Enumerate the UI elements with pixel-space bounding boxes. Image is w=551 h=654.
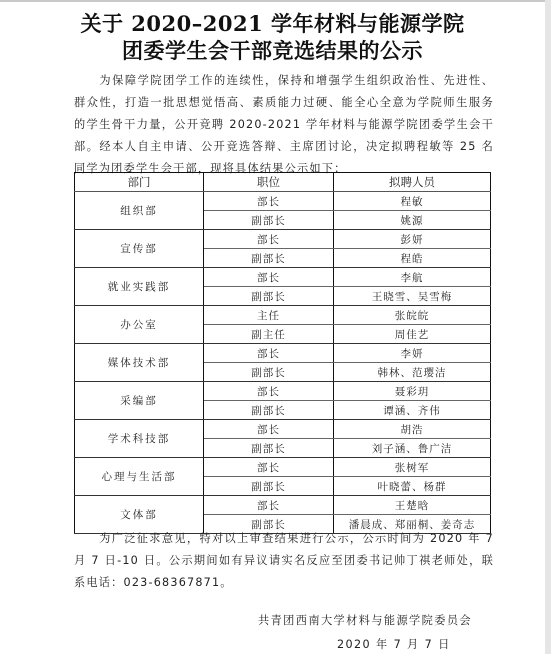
appointee-cell: 聂彩玥	[334, 382, 491, 401]
appointee-cell: 韩林、范璎洁	[334, 363, 491, 382]
table-row: 宣传部部长彭妍	[75, 230, 491, 249]
position-cell: 副部长	[204, 363, 334, 382]
department-cell: 媒体技术部	[75, 344, 204, 382]
table-row: 媒体技术部部长李妍	[75, 344, 491, 363]
position-cell: 部长	[204, 344, 334, 363]
header-position: 职位	[204, 173, 334, 192]
position-cell: 部长	[204, 496, 334, 515]
appointee-cell: 王楚晗	[334, 496, 491, 515]
closing-text: 为广泛征求意见，特对以上审查结果进行公示，公示时间为 2020 年 7 月 7 …	[74, 532, 494, 589]
department-cell: 采编部	[75, 382, 204, 420]
appointee-cell: 周佳艺	[334, 325, 491, 344]
intro-text: 为保障学院团学工作的连续性，保持和增强学生组织政治性、先进性、群众性，打造一批思…	[74, 74, 494, 175]
appointee-cell: 李妍	[334, 344, 491, 363]
closing-paragraph: 为广泛征求意见，特对以上审查结果进行公示，公示时间为 2020 年 7 月 7 …	[74, 528, 494, 594]
appointee-cell: 张皖皖	[334, 306, 491, 325]
appointee-cell: 李航	[334, 268, 491, 287]
table-row: 组织部部长程敏	[75, 192, 491, 211]
table-row: 采编部部长聂彩玥	[75, 382, 491, 401]
department-cell: 办公室	[75, 306, 204, 344]
appointee-cell: 谭涵、齐伟	[334, 401, 491, 420]
position-cell: 部长	[204, 382, 334, 401]
table-row: 心理与生活部部长张树军	[75, 458, 491, 477]
department-cell: 就业实践部	[75, 268, 204, 306]
appointee-cell: 叶晓蕾、杨群	[334, 477, 491, 496]
header-appointees: 拟聘人员	[334, 173, 491, 192]
position-cell: 部长	[204, 268, 334, 287]
department-cell: 宣传部	[75, 230, 204, 268]
position-cell: 副部长	[204, 211, 334, 230]
table-header-row: 部门 职位 拟聘人员	[75, 173, 491, 192]
table-row: 办公室主任张皖皖	[75, 306, 491, 325]
position-cell: 副部长	[204, 439, 334, 458]
position-cell: 副主任	[204, 325, 334, 344]
appointee-cell: 程皓	[334, 249, 491, 268]
position-cell: 部长	[204, 458, 334, 477]
appointee-cell: 胡浩	[334, 420, 491, 439]
title-line-2: 团委学生会干部竞选结果的公示	[0, 35, 545, 65]
position-cell: 部长	[204, 420, 334, 439]
signature-organization: 共青团西南大学材料与能源学院委员会	[258, 612, 472, 628]
signature-date: 2020 年 7 月 7 日	[337, 636, 451, 652]
title-line-1: 关于 2020–2021 学年材料与能源学院	[0, 8, 545, 38]
results-table: 部门 职位 拟聘人员 组织部部长程敏副部长姚源宣传部部长彭妍副部长程皓就业实践部…	[74, 172, 491, 534]
document-page: 关于 2020–2021 学年材料与能源学院 团委学生会干部竞选结果的公示 为保…	[0, 2, 545, 654]
appointee-cell: 彭妍	[334, 230, 491, 249]
appointee-cell: 刘子涵、鲁广洁	[334, 439, 491, 458]
position-cell: 副部长	[204, 401, 334, 420]
header-department: 部门	[75, 173, 204, 192]
appointee-cell: 程敏	[334, 192, 491, 211]
table-row: 就业实践部部长李航	[75, 268, 491, 287]
appointee-cell: 张树军	[334, 458, 491, 477]
position-cell: 副部长	[204, 287, 334, 306]
position-cell: 部长	[204, 192, 334, 211]
intro-paragraph: 为保障学院团学工作的连续性，保持和增强学生组织政治性、先进性、群众性，打造一批思…	[74, 70, 494, 180]
table-row: 文体部部长王楚晗	[75, 496, 491, 515]
department-cell: 组织部	[75, 192, 204, 230]
department-cell: 心理与生活部	[75, 458, 204, 496]
page-scrollbar-gutter	[545, 0, 551, 654]
appointee-cell: 姚源	[334, 211, 491, 230]
position-cell: 副部长	[204, 249, 334, 268]
position-cell: 部长	[204, 230, 334, 249]
appointee-cell: 王晓雪、吴雪梅	[334, 287, 491, 306]
table-row: 学术科技部部长胡浩	[75, 420, 491, 439]
position-cell: 主任	[204, 306, 334, 325]
position-cell: 副部长	[204, 477, 334, 496]
department-cell: 学术科技部	[75, 420, 204, 458]
